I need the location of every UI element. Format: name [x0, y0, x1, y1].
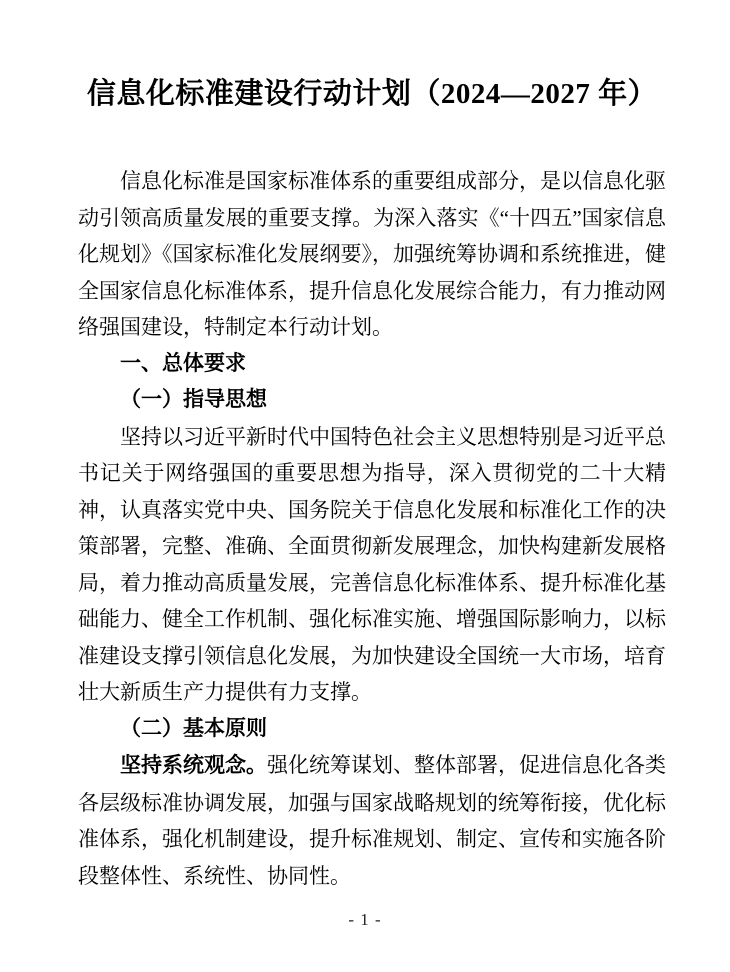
document-body: 信息化标准是国家标准体系的重要组成部分，是以信息化驱动引领高质量发展的重要支撑。… — [78, 163, 666, 894]
paragraph-bold-lead: 坚持系统观念。 — [120, 754, 267, 777]
page-number: - 1 - — [0, 910, 730, 930]
paragraph-guiding-ideology: 坚持以习近平新时代中国特色社会主义思想特别是习近平总书记关于网络强国的重要思想为… — [78, 419, 666, 711]
paragraph-intro: 信息化标准是国家标准体系的重要组成部分，是以信息化驱动引领高质量发展的重要支撑。… — [78, 163, 666, 346]
document-page: 信息化标准建设行动计划（2024—2027 年） 信息化标准是国家标准体系的重要… — [0, 0, 730, 972]
section-heading-overall-requirements: 一、总体要求 — [78, 346, 666, 383]
paragraph-system-concept: 坚持系统观念。强化统筹谋划、整体部署，促进信息化各类各层级标准协调发展，加强与国… — [78, 747, 666, 894]
subsection-heading-guiding-ideology: （一）指导思想 — [78, 382, 666, 419]
document-title: 信息化标准建设行动计划（2024—2027 年） — [78, 72, 666, 116]
subsection-heading-basic-principles: （二）基本原则 — [78, 711, 666, 748]
